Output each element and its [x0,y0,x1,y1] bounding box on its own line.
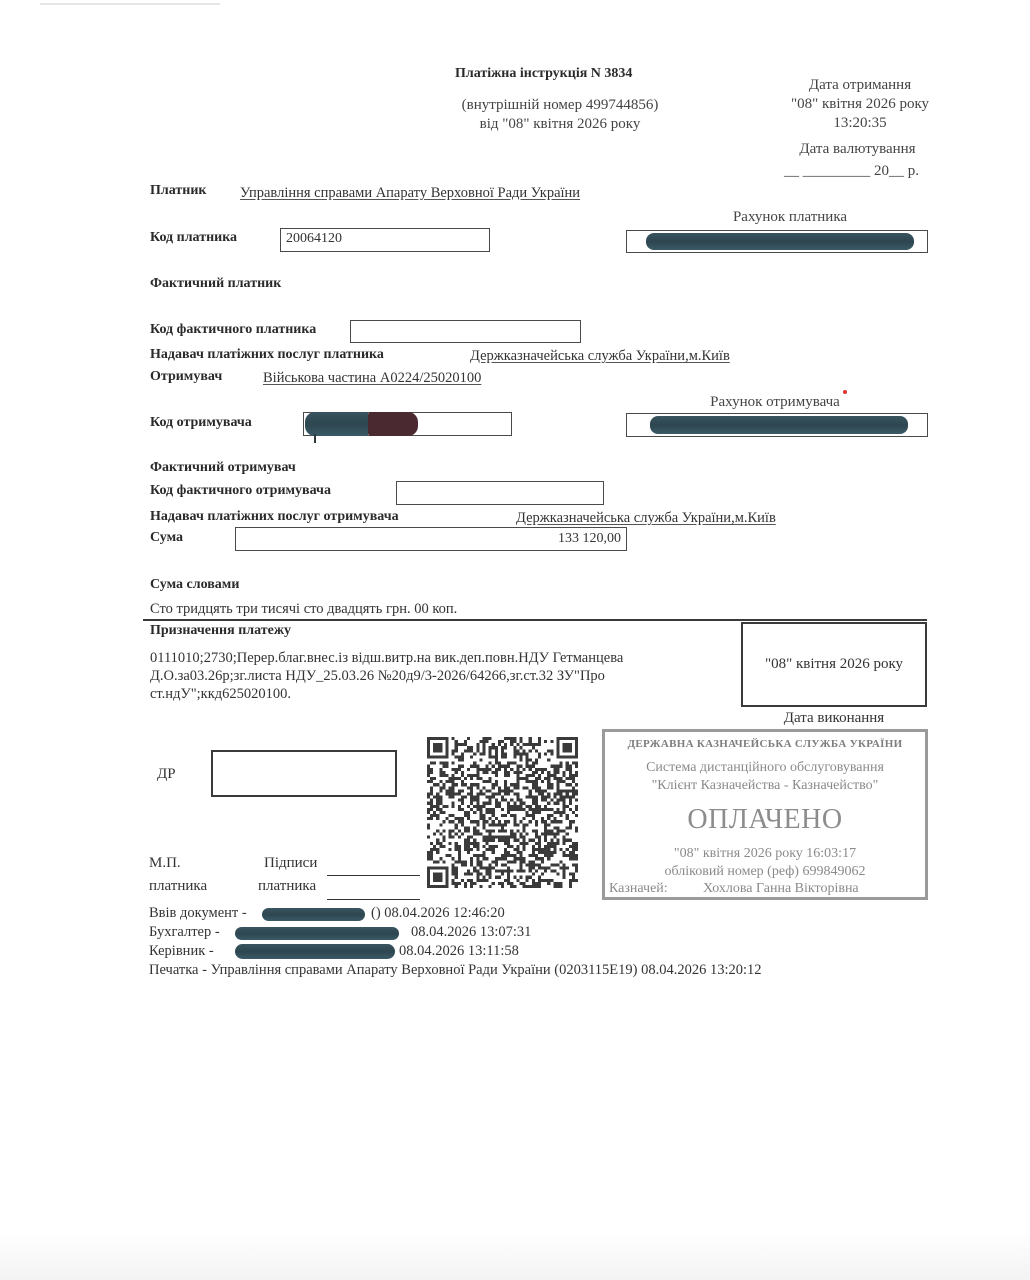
log-head-redaction [235,944,395,959]
value-date-blank: __ _________ 20__ р. [784,163,919,180]
recipient-label: Отримувач [150,369,222,385]
payer-code-value: 20064120 [286,231,342,247]
recipient-account-label: Рахунок отримувача [695,394,855,411]
ink-drip [314,434,316,443]
recipient-code-label: Код отримувача [150,415,252,431]
received-label: Дата отримання [770,77,950,94]
qr-code [427,737,578,888]
recipient-psp-value: Держказначейська служба України,м.Київ [516,510,776,527]
log-accountant-redaction [235,927,399,940]
purpose-line-1: 0111010;2730;Перер.благ.внес.із відш.вит… [150,650,623,667]
execution-date-label: Дата виконання [741,710,927,727]
stamp-treasurer-label: Казначей: [609,881,668,897]
received-time: 13:20:35 [770,115,950,132]
dr-label: ДР [157,766,176,783]
signatures-label-1: Підписи [264,855,317,872]
stamp-status: ОПЛАЧЕНО [605,804,925,836]
dr-field [211,750,397,797]
actual-payer-code-label: Код фактичного платника [150,322,316,338]
purpose-label: Призначення платежу [150,623,291,639]
log-seal-line: Печатка - Управління справами Апарату Ве… [149,962,762,979]
payer-label: Платник [150,183,206,199]
purpose-line-3: ст.ндУ";ккд625020100. [150,686,291,703]
received-date: "08" квітня 2026 року [770,96,950,113]
amount-words-value: Сто тридцять три тисячі сто двадцять грн… [150,601,457,618]
actual-recipient-label: Фактичний отримувач [150,460,296,476]
actual-recipient-code-label: Код фактичного отримувача [150,483,331,499]
document-title: Платіжна інструкція N 3834 [455,66,632,82]
internal-number: (внутрішній номер 499744856) [440,97,680,114]
actual-payer-label: Фактичний платник [150,276,281,292]
stamp-treasurer-name: Хохлова Ганна Вікторівна [703,881,859,897]
amount-label: Сума [150,530,183,546]
mp-label-2: платника [149,878,207,895]
ink-dot [843,390,847,394]
amount-value: 133 120,00 [235,531,621,547]
value-date-label: Дата валютування [770,141,945,158]
log-head-time: 08.04.2026 13:11:58 [399,943,519,960]
stamp-ref: обліковий номер (реф) 699849062 [605,864,925,880]
execution-date-value: "08" квітня 2026 року [741,656,927,673]
payer-psp-label: Надавач платіжних послуг платника [150,347,384,363]
mp-label-1: М.П. [149,855,181,872]
log-accountant-time: 08.04.2026 13:07:31 [411,924,531,941]
section-divider [143,619,927,621]
purpose-line-2: Д.О.за03.26р;зг.листа НДУ_25.03.26 №20д9… [150,668,605,685]
stamp-header: ДЕРЖАВНА КАЗНАЧЕЙСЬКА СЛУЖБА УКРАЇНИ [605,738,925,750]
payer-psp-value: Держказначейська служба України,м.Київ [470,348,730,365]
log-head-label: Керівник - [149,943,214,960]
payer-name: Управління справами Апарату Верховної Ра… [240,185,580,202]
actual-recipient-code-field [396,481,604,505]
recipient-account-redaction [650,416,908,434]
log-entered-label: Ввів документ - [149,905,247,922]
log-accountant-label: Бухгалтер - [149,924,220,941]
payer-account-redaction [646,233,914,250]
stamp-datetime: "08" квітня 2026 року 16:03:17 [605,846,925,862]
payer-account-label: Рахунок платника [700,209,880,226]
signatures-label-2: платника [258,878,316,895]
recipient-name: Військова частина А0224/25020100 [263,370,481,387]
page-bottom-shadow [0,1230,1030,1280]
amount-words-label: Сума словами [150,577,239,593]
recipient-psp-label: Надавач платіжних послуг отримувача [150,509,399,525]
treasury-paid-stamp: ДЕРЖАВНА КАЗНАЧЕЙСЬКА СЛУЖБА УКРАЇНИ Сис… [602,729,928,900]
log-entered-time: () 08.04.2026 12:46:20 [371,905,505,922]
stamp-system-line-2: "Клієнт Казначейства - Казначейство" [605,778,925,794]
payer-code-label: Код платника [150,230,237,246]
log-entered-redaction [262,908,365,921]
recipient-code-redaction [305,412,369,436]
document-date: від "08" квітня 2026 року [440,116,680,133]
actual-payer-code-field [350,320,581,343]
recipient-code-redaction-2 [368,412,418,436]
scan-artifact [40,3,220,5]
stamp-system-line-1: Система дистанційного обслуговування [605,760,925,776]
signature-line-2 [327,899,420,900]
signature-line-1 [327,875,420,876]
